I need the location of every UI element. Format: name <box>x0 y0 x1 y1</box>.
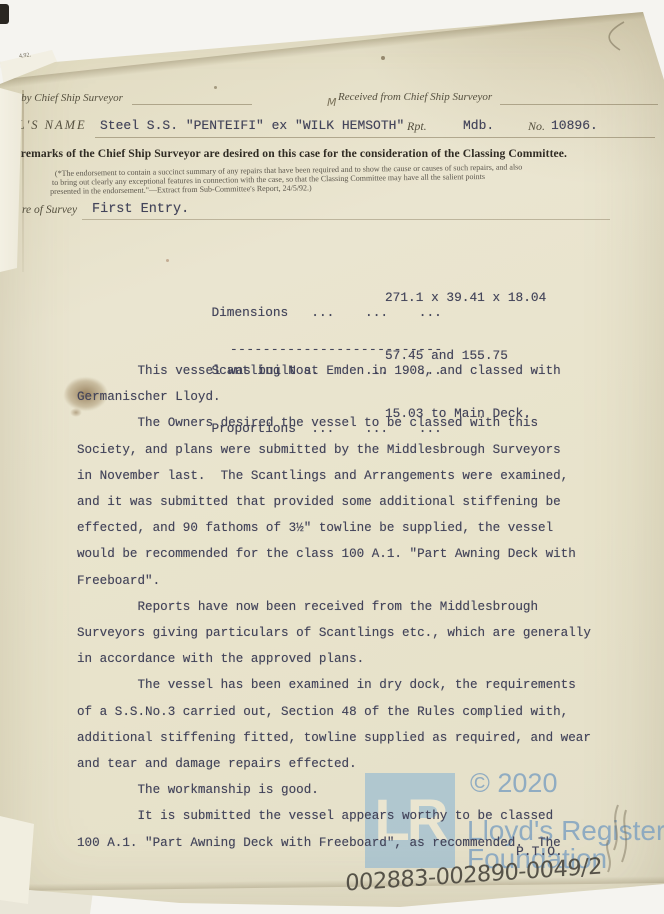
scanner-edge-mark <box>0 4 9 24</box>
report-label: Rpt. <box>407 119 427 134</box>
blank-rule <box>132 104 252 105</box>
pencil-squiggle <box>588 800 640 882</box>
vessel-name-value: Steel S.S. "PENTEIFI" ex "WILK HEMSOTH" <box>100 118 404 133</box>
dashed-separator: -------------------------- <box>230 342 443 357</box>
blank-rule <box>500 104 658 105</box>
report-number-value: 10896. <box>551 118 598 133</box>
pencil-check-mark <box>598 18 632 54</box>
report-number-label: No. <box>528 119 545 134</box>
pencil-annotation: M <box>327 96 337 109</box>
port-abbreviation-value: Mdb. <box>463 118 494 133</box>
particulars-row-dimensions: Dimensions ... ... ... 271.1 x 39.41 x 1… <box>150 290 442 318</box>
particulars-label: Dimensions ... ... ... <box>211 305 441 320</box>
scanned-survey-report: LR © 2020 Lloyd's Register Foundation ed… <box>0 0 664 914</box>
particulars-value: 271.1 x 39.41 x 18.04 <box>385 290 546 305</box>
nature-of-survey-value: First Entry. <box>92 202 189 217</box>
received-from-label: Received from Chief Ship Surveyor <box>338 91 492 103</box>
classing-committee-instruction: he remarks of the Chief Ship Surveyor ar… <box>6 147 567 160</box>
received-by-label: ed by Chief Ship Surveyor <box>8 92 123 104</box>
form-corner-number: 4,92. <box>19 52 32 59</box>
survey-rule <box>82 219 610 220</box>
report-body-text: This vessel was built at Emden in 1908, … <box>77 358 591 856</box>
nature-of-survey-label: re of Survey <box>22 204 77 216</box>
report-page: LR © 2020 Lloyd's Register Foundation ed… <box>0 0 664 914</box>
vessel-name-rule <box>95 137 655 138</box>
